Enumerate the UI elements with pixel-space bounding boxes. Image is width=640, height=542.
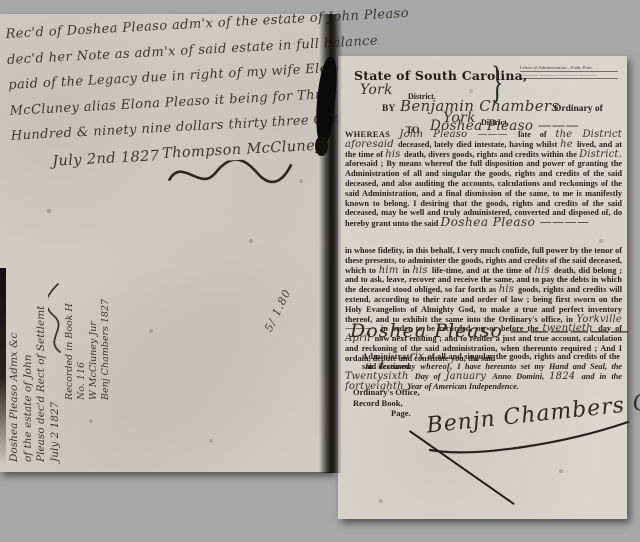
printed-segment: life-time, and at the time of — [432, 266, 534, 275]
handwritten-segment: he — [560, 139, 577, 150]
printed-segment: In Testimony whereof, — [365, 362, 457, 371]
signature-underline-flourish — [424, 412, 636, 458]
printed-segment: Year of American Independence. — [407, 382, 519, 391]
grantee-name-large-handwritten: Doshea Pleaso —————— — [350, 320, 630, 342]
scanned-document-photo: Rec'd of Doshea Pleaso adm'x of the esta… — [0, 0, 640, 542]
docket-group-2: Recorded in Book HNo. 116W McCluney JurB… — [64, 274, 112, 400]
gutter-dark-blob-small — [315, 136, 328, 156]
office-line: Record Book, — [353, 398, 420, 409]
printer-imprint: Letters of Administration—Faith, Print. … — [520, 65, 618, 79]
ordinary-name-handwritten: Benjamin Chambers — [400, 97, 559, 115]
office-line: Page. — [353, 408, 420, 419]
receipt-date: July 2nd 1827 — [52, 144, 160, 175]
receipt-text-block: Rec'd of Doshea Pleaso adm'x of the esta… — [5, 5, 337, 179]
printed-segment: and in the — [582, 372, 622, 381]
handwritten-segment: him — [379, 265, 403, 276]
left-page-receipt: Rec'd of Doshea Pleaso adm'x of the esta… — [0, 14, 333, 472]
handwritten-segment: Doshea Pleaso ———— — [441, 215, 590, 229]
ordinary-of-label: Ordinary of — [554, 104, 603, 114]
signature-flourish — [165, 157, 296, 192]
printed-segment: death, divers goods, rights and credits … — [404, 150, 579, 159]
printed-segment: I have hereunto set my Hand and Seal, th… — [457, 362, 622, 371]
right-page-letters-of-administration-form: Letters of Administration—Faith, Print. … — [338, 56, 627, 519]
fidelity-paragraph: in whose fidelity, in this behalf, I ver… — [345, 246, 622, 364]
ordinary-office-block: Ordinary's Office,Record Book,Page. — [353, 387, 420, 419]
by-label: BY — [382, 104, 395, 114]
docket-flourish — [48, 282, 66, 354]
docket-line: W McCluney Jur — [88, 274, 100, 400]
docket-line: Benj Chambers 1827 — [100, 274, 112, 400]
whereas-paragraph: WHEREAS John Pleaso ——— late of the Dist… — [345, 130, 622, 229]
docket-line: No. 116 — [76, 274, 88, 400]
docket-line: of the estate of John — [22, 274, 36, 462]
handwritten-segment: District. — [579, 149, 622, 160]
docket-line: Doshea Pleaso Admx &c — [8, 274, 22, 462]
printer-imprint-line-2: ———— ———— ———— ———— — [520, 72, 618, 79]
docket-line: Pleaso dec'd Rect of Settlemt — [35, 274, 49, 462]
office-line: Ordinary's Office, — [353, 387, 420, 398]
district-handwritten-1: York — [360, 82, 393, 98]
handwritten-segment: January — [445, 371, 492, 382]
handwritten-segment: rix — [410, 351, 428, 362]
handwritten-segment: 1824 — [549, 371, 582, 382]
printed-segment: in — [403, 266, 413, 275]
handwritten-segment: his — [385, 149, 404, 160]
printed-segment: Anno Domini, — [492, 372, 549, 381]
printer-imprint-line-1: Letters of Administration—Faith, Print. — [520, 65, 618, 72]
handwritten-segment: his — [499, 284, 518, 295]
printed-segment: Day of — [415, 372, 446, 381]
printed-segment: deceased, lately died intestate, having … — [398, 140, 560, 149]
printed-segment: late of — [518, 130, 555, 139]
handwritten-segment: his — [412, 265, 432, 276]
paper-specks — [0, 0, 2, 2]
printed-segment: WHEREAS — [345, 130, 399, 139]
printed-segment: Administrat — [362, 352, 410, 361]
handwritten-segment: his — [534, 265, 554, 276]
left-edge-dark-mark — [0, 268, 6, 466]
handwritten-segment: John Pleaso ——— — [399, 129, 518, 140]
docket-rotated-annotation: Doshea Pleaso Admx &cof the estate of Jo… — [8, 274, 114, 462]
receipt-lines: Rec'd of Doshea Pleaso adm'x of the esta… — [5, 5, 335, 149]
